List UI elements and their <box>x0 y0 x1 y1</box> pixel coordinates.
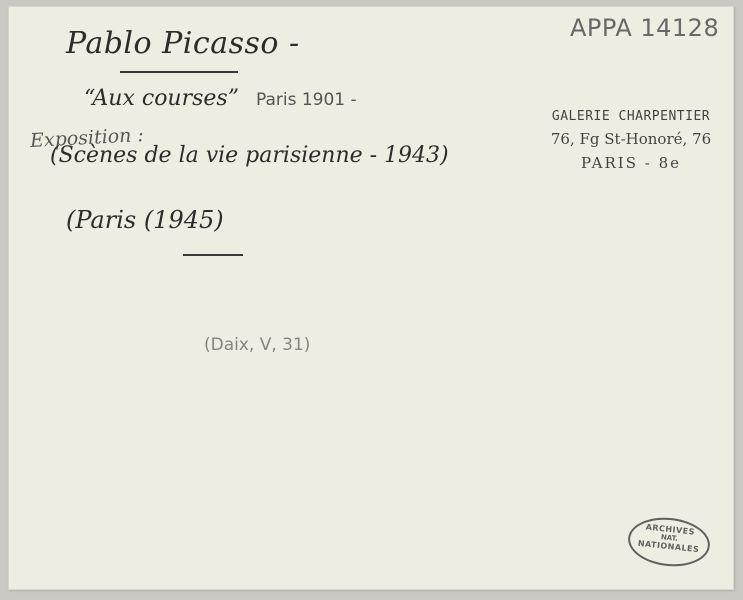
gallery-address: 76, Fg St-Honoré, 76 <box>531 130 731 148</box>
work-line: “Aux courses” Paris 1901 - <box>84 86 357 111</box>
gallery-city: PARIS - 8e <box>531 154 731 172</box>
archive-card: APPA 14128 Pablo Picasso - “Aux courses”… <box>8 6 734 590</box>
exhibition-place: (Paris (1945) <box>66 206 224 234</box>
exhibition-title: (Scènes de la vie parisienne - 1943) <box>50 143 449 168</box>
place-underline <box>183 254 243 256</box>
title-underline <box>120 71 238 73</box>
reference-number: APPA 14128 <box>570 14 719 42</box>
work-title: “Aux courses” <box>84 86 239 111</box>
artist-name: Pablo Picasso - <box>66 26 300 61</box>
gallery-name: GALERIE CHARPENTIER <box>531 109 731 124</box>
work-place-date: Paris 1901 - <box>256 90 357 110</box>
catalogue-reference: (Daix, V, 31) <box>204 335 310 355</box>
gallery-stamp: GALERIE CHARPENTIER 76, Fg St-Honoré, 76… <box>531 109 731 172</box>
